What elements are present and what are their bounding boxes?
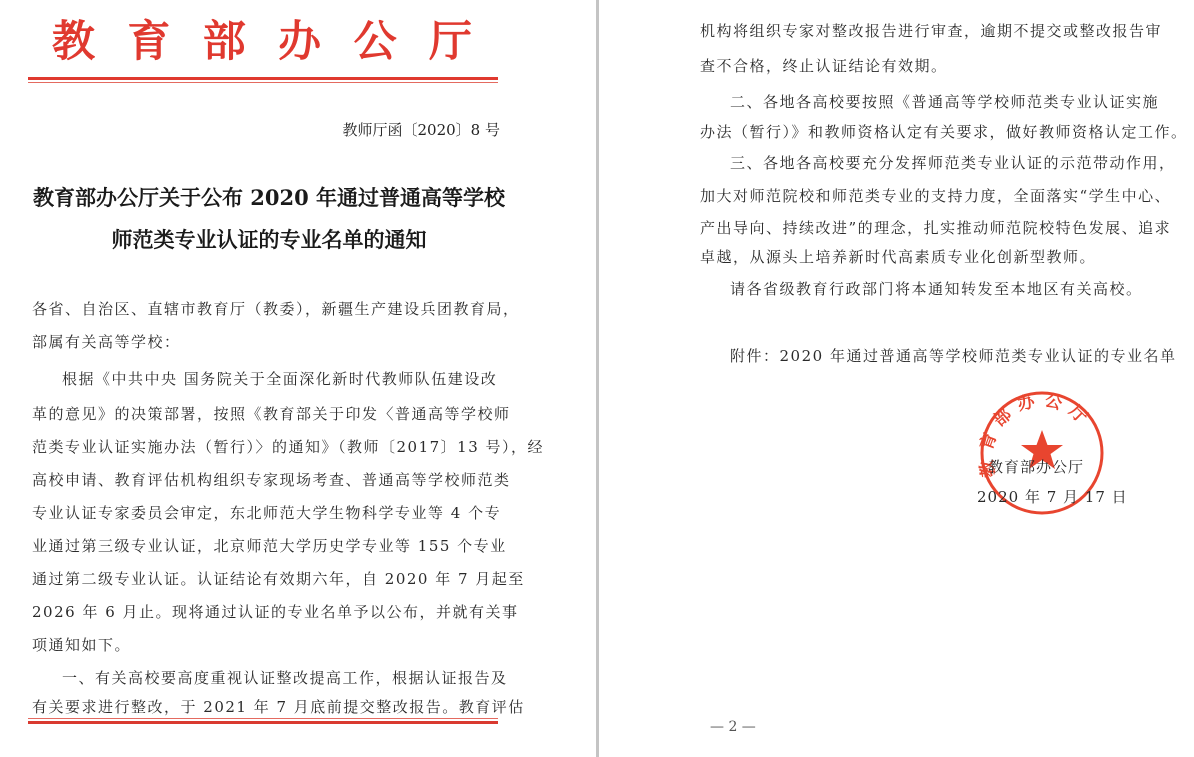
body-line: 2026 年 6 月止。现将通过认证的专业名单予以公布，并就有关事: [32, 601, 502, 622]
body-line: 产出导向、持续改进”的理念，扎实推动师范院校特色发展、追求: [700, 217, 1170, 238]
body-line: 机构将组织专家对整改报告进行审查，逾期不提交或整改报告审: [700, 20, 1170, 41]
body-line: 根据《中共中央 国务院关于全面深化新时代教师队伍建设改: [32, 368, 532, 389]
body-line: 办法（暂行）》和教师资格认定有关要求，做好教师资格认定工作。: [700, 121, 1170, 142]
masthead-char: 公: [354, 8, 397, 69]
body-line: 三、各地各高校要充分发挥师范类专业认证的示范带动作用，: [700, 152, 1194, 173]
body-line: 革的意见》的决策部署，按照《教育部关于印发〈普通高等学校师: [32, 403, 502, 424]
body-line: 有关要求进行整改，于 2021 年 7 月底前提交整改报告。教育评估: [32, 696, 502, 717]
body-line: 加大对师范院校和师范类专业的支持力度，全面落实“学生中心、: [700, 185, 1170, 206]
footer-rule: [28, 721, 498, 724]
body-line: 一、有关高校要高度重视认证整改提高工作，根据认证报告及: [32, 667, 532, 688]
body-line: 高校申请、教育评估机构组织专家现场考查、普通高等学校师范类: [32, 469, 502, 490]
signature-date: 2020 年 7 月 17 日: [977, 486, 1128, 507]
body-line: 通过第二级专业认证。认证结论有效期六年，自 2020 年 7 月起至: [32, 568, 502, 589]
document-title-line-2: 师范类专业认证的专业名单的通知: [0, 224, 538, 254]
header-rule: [28, 77, 498, 80]
body-line: 业通过第三级专业认证，北京师范大学历史学专业等 155 个专业: [32, 535, 502, 556]
masthead-char: 办: [278, 8, 321, 69]
page-left: 教 育 部 办 公 厅 教师厅函〔2020〕8 号 教育部办公厅关于公布 202…: [0, 0, 597, 757]
body-line: 查不合格，终止认证结论有效期。: [700, 55, 1170, 76]
attachment-line: 附件：2020 年通过普通高等学校师范类专业认证的专业名单: [700, 345, 1194, 366]
masthead-char: 育: [127, 8, 170, 69]
body-line: 项通知如下。: [32, 634, 502, 655]
page-right: 机构将组织专家对整改报告进行审查，逾期不提交或整改报告审 查不合格，终止认证结论…: [600, 0, 1194, 757]
document-title-line-1: 教育部办公厅关于公布 2020 年通过普通高等学校: [0, 182, 538, 212]
body-line: 范类专业认证实施办法（暂行）〉的通知》（教师〔2017〕13 号），经: [32, 436, 502, 457]
signature-organization: 教育部办公厅: [988, 456, 1084, 477]
masthead: 教 育 部 办 公 厅: [52, 8, 472, 69]
addressee-line: 部属有关高等学校：: [32, 331, 502, 352]
masthead-char: 部: [203, 8, 246, 69]
page-divider: [596, 0, 599, 757]
page-number: — 2 —: [710, 719, 756, 735]
footer-rule-thin: [28, 718, 498, 719]
body-line: 卓越，从源头上培养新时代高素质专业化创新型教师。: [700, 246, 1170, 267]
addressee-line: 各省、自治区、直辖市教育厅（教委），新疆生产建设兵团教育局，: [32, 298, 502, 319]
body-line: 请各省级教育行政部门将本通知转发至本地区有关高校。: [700, 278, 1194, 299]
body-line: 专业认证专家委员会审定，东北师范大学生物科学专业等 4 个专: [32, 502, 502, 523]
masthead-char: 厅: [429, 8, 472, 69]
masthead-char: 教: [52, 8, 95, 69]
header-rule-thin: [28, 82, 498, 83]
document-number: 教师厅函〔2020〕8 号: [343, 119, 501, 140]
body-line: 二、各地各高校要按照《普通高等学校师范类专业认证实施: [700, 91, 1194, 112]
